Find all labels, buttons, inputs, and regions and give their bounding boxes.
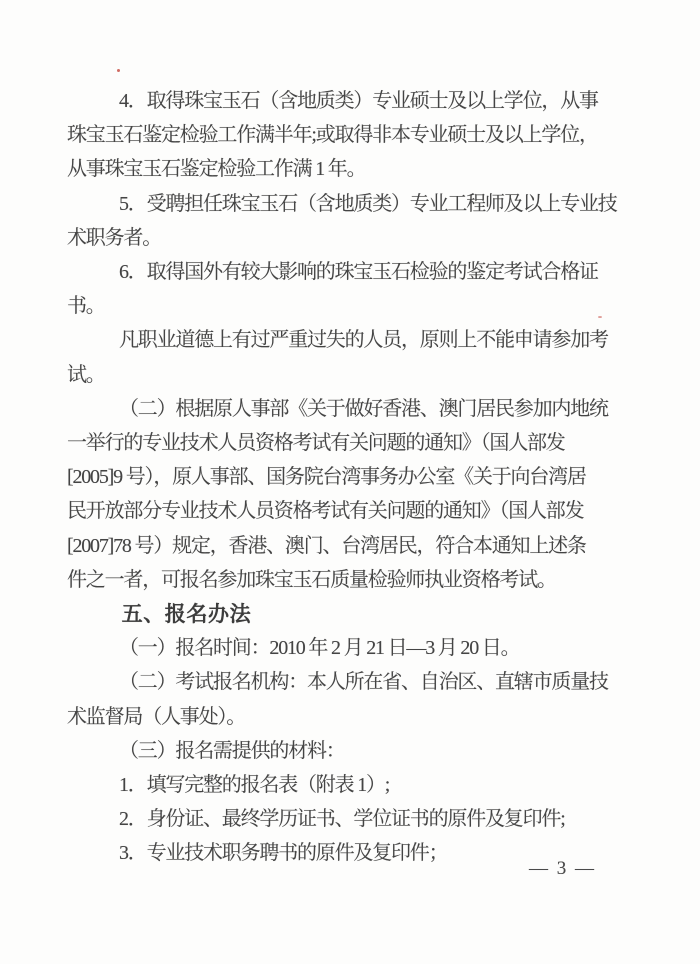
text-line: 凡职业道德上有过严重过失的人员，原则上不能申请参加考 <box>67 323 633 357</box>
document-body: 4．取得珠宝玉石（含地质类）专业硕士及以上学位，从事珠宝玉石鉴定检验工作满半年;… <box>67 84 633 871</box>
section-heading: 五、报名办法 <box>67 597 633 631</box>
text-line: 件之一者，可报名参加珠宝玉石质量检验师执业资格考试。 <box>67 563 633 597</box>
text-line: 术职务者。 <box>67 221 633 255</box>
text-line: （二）考试报名机构：本人所在省、自治区、直辖市质量技 <box>67 665 633 699</box>
text-line: （三）报名需提供的材料： <box>67 734 633 768</box>
text-line: [2005]9 号），原人事部、国务院台湾事务办公室《关于向台湾居 <box>67 460 633 494</box>
text-line: 4．取得珠宝玉石（含地质类）专业硕士及以上学位，从事 <box>67 84 633 118</box>
text-line: 珠宝玉石鉴定检验工作满半年;或取得非本专业硕士及以上学位， <box>67 118 633 152</box>
document-page: 4．取得珠宝玉石（含地质类）专业硕士及以上学位，从事珠宝玉石鉴定检验工作满半年;… <box>0 0 700 964</box>
page-number: — 3 — <box>529 858 596 880</box>
text-line: （二）根据原人事部《关于做好香港、澳门居民参加内地统 <box>67 392 633 426</box>
text-line: 试。 <box>67 358 633 392</box>
text-line: 1．填写完整的报名表（附表 1）; <box>67 768 633 802</box>
text-line: 民开放部分专业技术人员资格考试有关问题的通知》（国人部发 <box>67 494 633 528</box>
scan-artifact-dot <box>117 69 120 72</box>
text-line: 一举行的专业技术人员资格考试有关问题的通知》（国人部发 <box>67 426 633 460</box>
text-line: 6．取得国外有较大影响的珠宝玉石检验的鉴定考试合格证 <box>67 255 633 289</box>
scan-artifact-dot <box>598 316 602 318</box>
text-line: 2．身份证、最终学历证书、学位证书的原件及复印件; <box>67 802 633 836</box>
text-line: 5．受聘担任珠宝玉石（含地质类）专业工程师及以上专业技 <box>67 187 633 221</box>
text-line: （一）报名时间：2010 年 2 月 21 日—3 月 20 日。 <box>67 631 633 665</box>
text-line: [2007]78 号）规定，香港、澳门、台湾居民，符合本通知上述条 <box>67 529 633 563</box>
text-line: 书。 <box>67 289 633 323</box>
text-line: 从事珠宝玉石鉴定检验工作满 1 年。 <box>67 152 633 186</box>
text-line: 术监督局（人事处）。 <box>67 700 633 734</box>
